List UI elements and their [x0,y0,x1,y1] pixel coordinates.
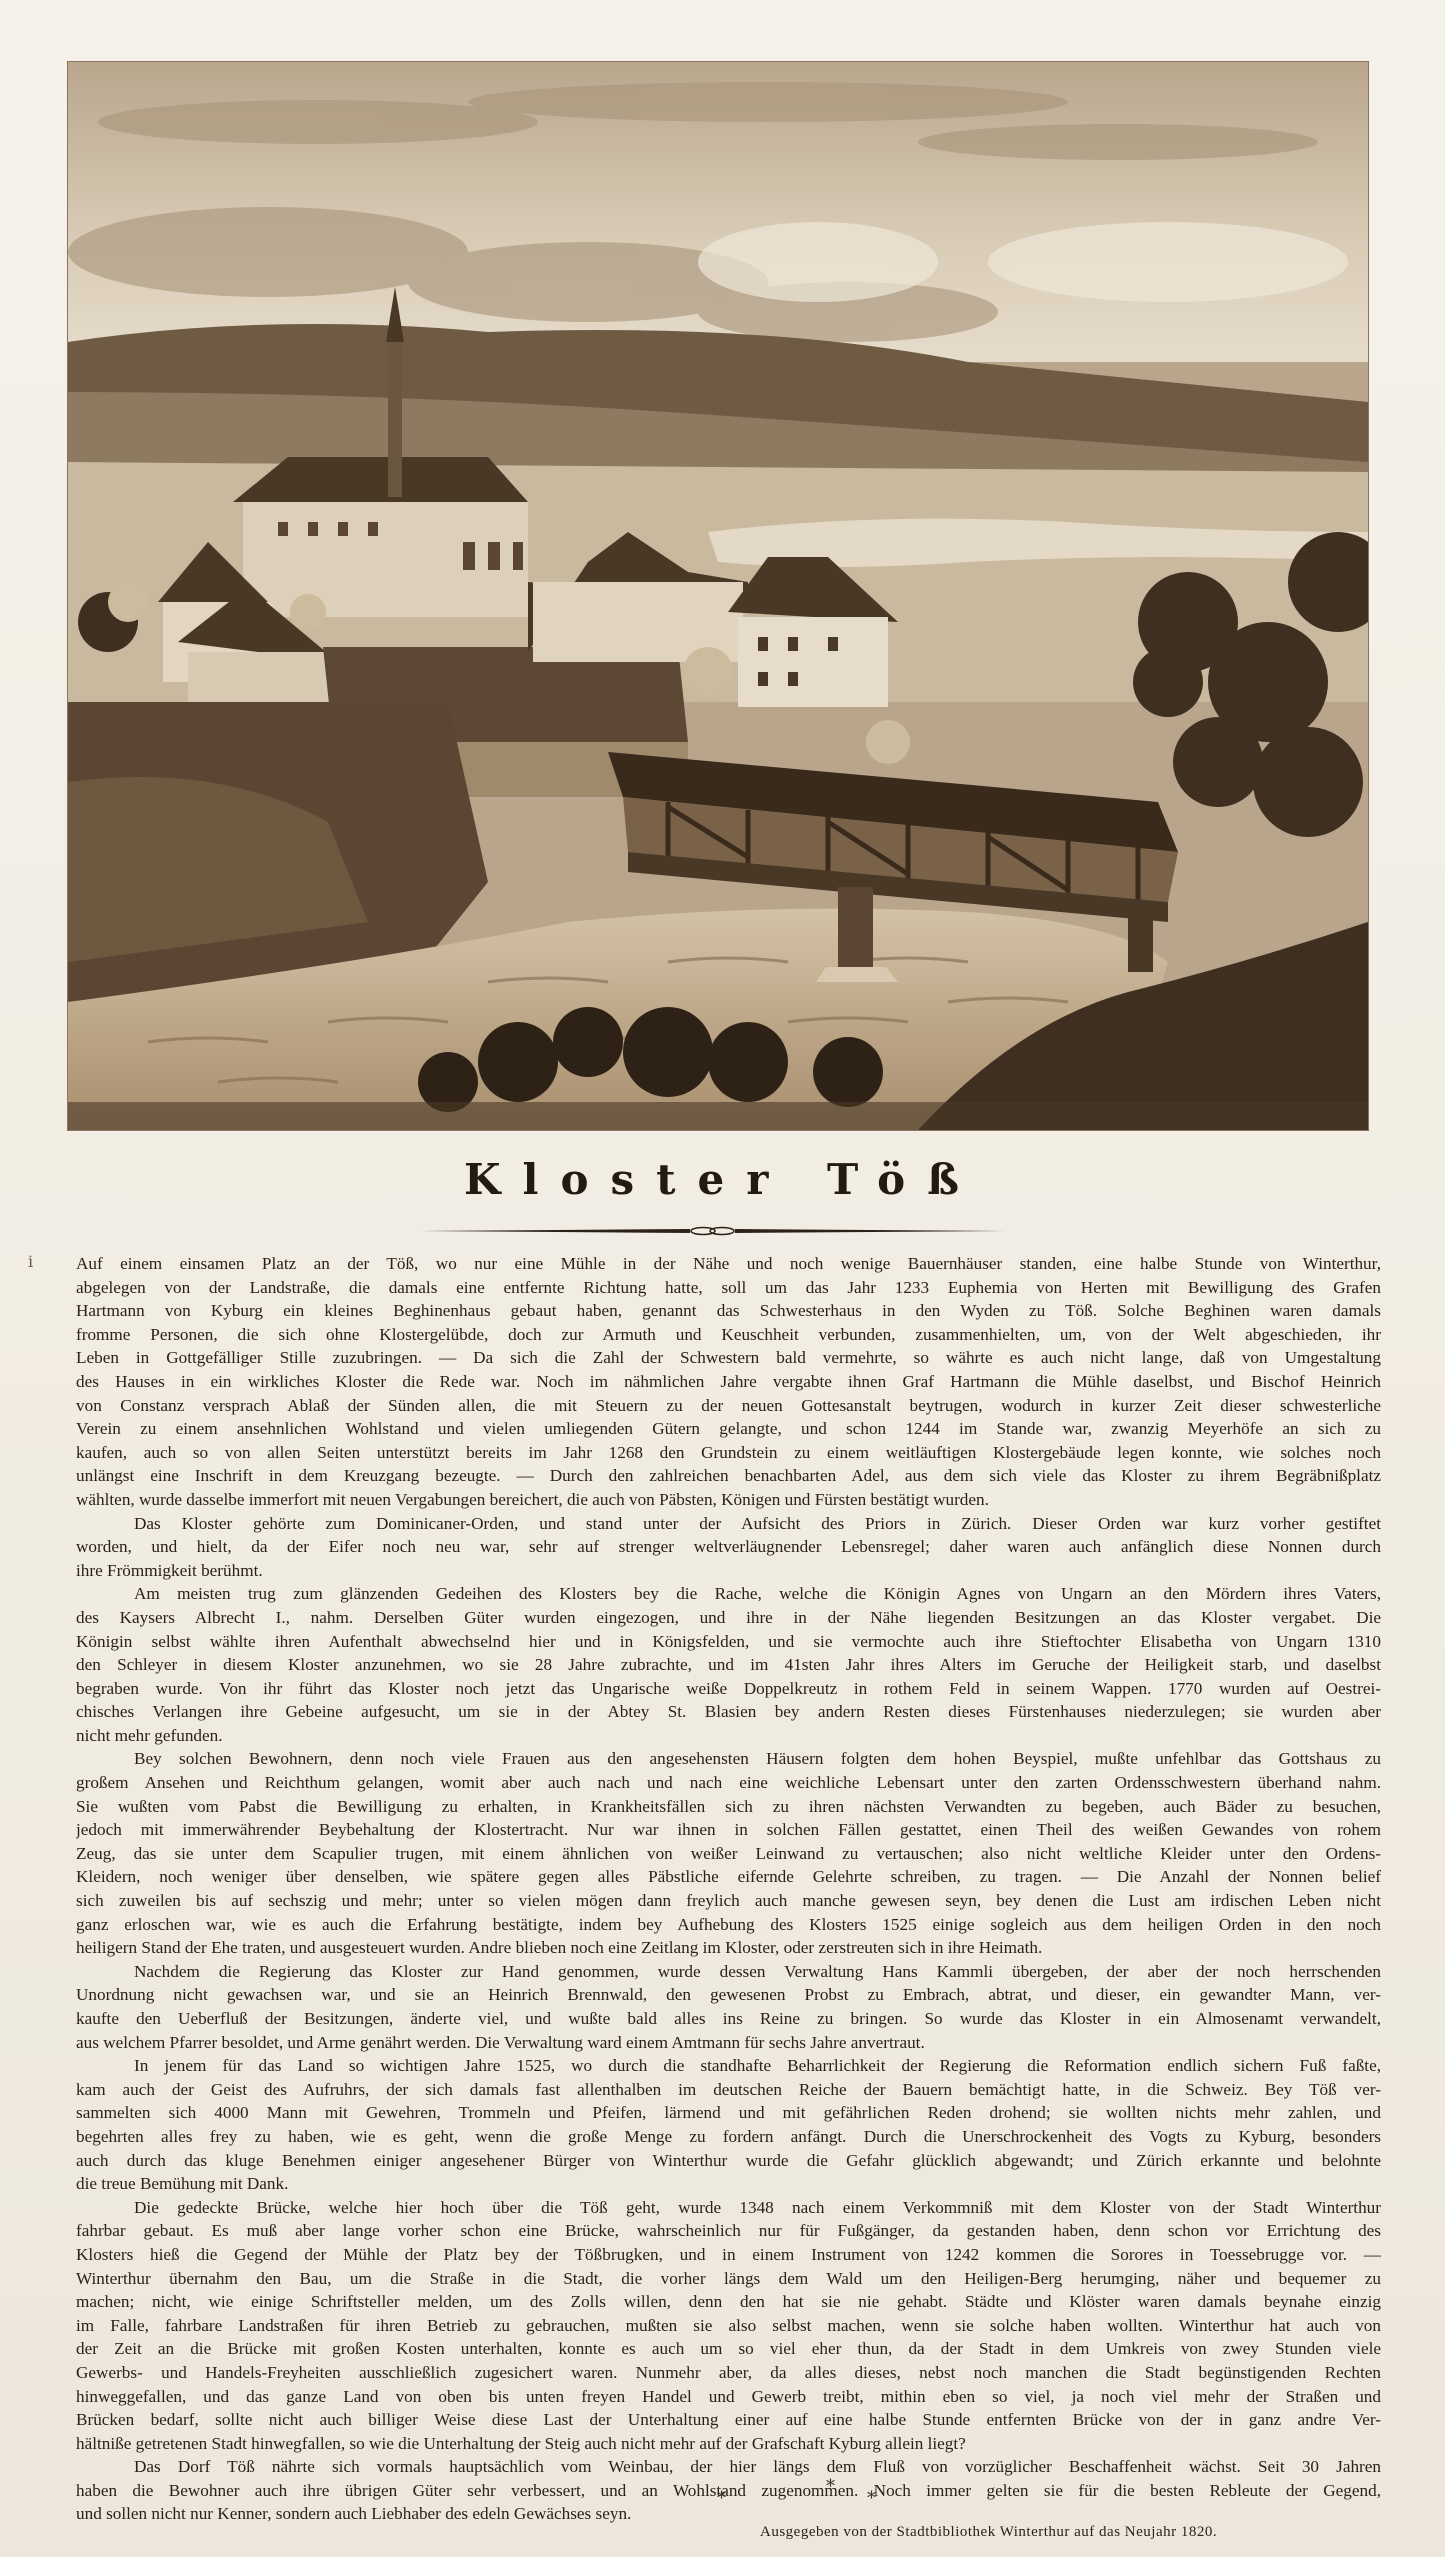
text-line: die treue Bemühung mit Dank. [76,2172,1381,2196]
text-line: Hartmann von Kyburg ein kleines Beghinen… [76,1299,1381,1323]
text-line: abgelegen von der Landstraße, die damals… [76,1276,1381,1300]
text-line: jedoch mit immerwährender Beybehaltung d… [76,1818,1381,1842]
engraving-illustration [68,62,1368,1130]
text-line: fromme Personen, die sich ohne Klosterge… [76,1323,1381,1347]
text-line: von Constanz versprach Ablaß der Sünden … [76,1394,1381,1418]
text-line: Kleidern, noch weniger über denselben, w… [76,1865,1381,1889]
text-line: Klosters hieß die Gegend der Mühle der P… [76,2243,1381,2267]
text-line: fahrbar gebaut. Es muß aber lange vorher… [76,2219,1381,2243]
text-line: Das Dorf Töß nährte sich vormals hauptsä… [76,2455,1381,2479]
text-line: kaufen, auch so von allen Seiten unterst… [76,1441,1381,1465]
text-line: des Hauses in ein wirkliches Kloster die… [76,1370,1381,1394]
paragraph: Bey solchen Bewohnern, denn noch viele F… [76,1747,1381,1959]
text-line: des Kaysers Albrecht I., nahm. Derselben… [76,1606,1381,1630]
landscape-engraving [68,62,1368,1130]
text-line: Bey solchen Bewohnern, denn noch viele F… [76,1747,1381,1771]
text-line: In jenem für das Land so wichtigen Jahre… [76,2054,1381,2078]
text-line: Königin selbst wählte ihren Aufenthalt a… [76,1630,1381,1654]
text-line: großem Ansehen und Reichthum gelangen, w… [76,1771,1381,1795]
text-line: den Schleyer in diesem Kloster anzunehme… [76,1653,1381,1677]
text-line: Zeug, das sie unter dem Scapulier trugen… [76,1842,1381,1866]
paragraph: Nachdem die Regierung das Kloster zur Ha… [76,1960,1381,2054]
text-line: chisches Verlangen ihre Gebeine aufgesuc… [76,1700,1381,1724]
document-page: Kloster Töß ⅰ Auf einem einsamen Platz a… [0,0,1445,2557]
text-line: Die gedeckte Brücke, welche hier hoch üb… [76,2196,1381,2220]
text-line: kaufte den Ueberfluß der Besitzungen, än… [76,2007,1381,2031]
text-line: Am meisten trug zum glänzenden Gedeihen … [76,1582,1381,1606]
text-line: worden, und hielt, da der Eifer noch neu… [76,1535,1381,1559]
text-line: ihre Frömmigkeit berühmt. [76,1559,1381,1583]
text-line: aus welchem Pfarrer besoldet, und Arme g… [76,2031,1381,2055]
page-title: Kloster Töß [0,1155,1445,1204]
text-line: Brücken bedarf, sollte nicht auch billig… [76,2408,1381,2432]
paragraph: Auf einem einsamen Platz an der Töß, wo … [76,1252,1381,1512]
star-ornament: * [717,2488,726,2509]
text-line: Gewerbs- und Handels-Freyheiten ausschli… [76,2361,1381,2385]
text-line: wählten, wurde dasselbe immerfort mit ne… [76,1488,1381,1512]
text-line: machen; nicht, wie einige Schriftsteller… [76,2290,1381,2314]
text-line: im Falle, fahrbare Landstraßen für ihren… [76,2314,1381,2338]
text-line: Das Kloster gehörte zum Dominicaner-Orde… [76,1512,1381,1536]
body-text: Auf einem einsamen Platz an der Töß, wo … [76,1252,1381,2526]
text-line: auch durch das kluge Benehmen einiger an… [76,2149,1381,2173]
star-ornament: * [826,2476,835,2497]
ornament-stars: * * * [0,2490,1445,2520]
text-line: Winterthur übernahm den Bau, um die Stra… [76,2267,1381,2291]
text-line: sammelten sich 4000 Mann mit Gewehren, T… [76,2101,1381,2125]
text-line: Nachdem die Regierung das Kloster zur Ha… [76,1960,1381,1984]
text-line: begehrten alles frey zu haben, wie es ge… [76,2125,1381,2149]
paragraph: Das Kloster gehörte zum Dominicaner-Orde… [76,1512,1381,1583]
text-line: kam auch der Geist des Aufruhrs, der sic… [76,2078,1381,2102]
text-line: der Zeit an die Brücke mit großen Kosten… [76,2337,1381,2361]
text-line: Verein zu einem ansehnlichen Wohlstand u… [76,1417,1381,1441]
text-line: unlängst eine Inschrift in dem Kreuzgang… [76,1464,1381,1488]
margin-mark: ⅰ [28,1252,33,1271]
paragraph: Die gedeckte Brücke, welche hier hoch üb… [76,2196,1381,2456]
text-line: hältniße getretenen Stadt hinwegfallen, … [76,2432,1381,2456]
text-line: hinweggefallen, und das ganze Land von o… [76,2385,1381,2409]
text-line: begraben wurde. Von ihr führt das Kloste… [76,1677,1381,1701]
text-line: ganz erloschen war, wie es auch die Erfa… [76,1913,1381,1937]
ornamental-divider [420,1226,1005,1236]
text-line: Unordnung nicht gewachsen war, und sie a… [76,1983,1381,2007]
text-line: Auf einem einsamen Platz an der Töß, wo … [76,1252,1381,1276]
text-line: sich zuweilen bis auf sechszig und mehr;… [76,1889,1381,1913]
text-line: Sie wußten vom Pabst die Bewilligung zu … [76,1795,1381,1819]
paragraph: Am meisten trug zum glänzenden Gedeihen … [76,1582,1381,1747]
text-line: nicht mehr gefunden. [76,1724,1381,1748]
publication-footer: Ausgegeben von der Stadtbibliothek Winte… [760,2524,1360,2541]
text-line: Leben in Gottgefälliger Stille zuzubring… [76,1346,1381,1370]
paragraph: In jenem für das Land so wichtigen Jahre… [76,2054,1381,2196]
text-line: heiligern Stand der Ehe traten, und ausg… [76,1936,1381,1960]
star-ornament: * [867,2488,876,2509]
